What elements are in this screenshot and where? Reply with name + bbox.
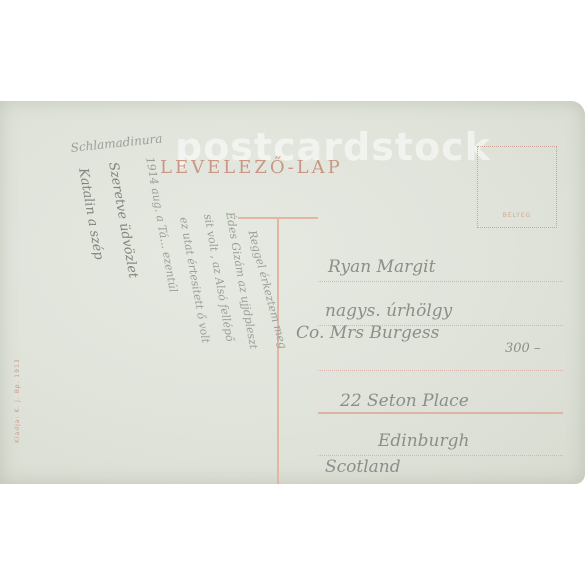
address-recipient: Ryan Margit xyxy=(328,257,435,277)
postcard-title: LEVELEZŐ-LAP xyxy=(160,157,343,178)
address-care-of: Co. Mrs Burgess xyxy=(296,323,439,343)
message-line: Katalin a szép xyxy=(75,167,106,261)
address-line xyxy=(318,412,563,414)
stamp-box-label: BÉLYEG xyxy=(478,212,556,219)
address-line xyxy=(318,281,563,282)
divider-vertical xyxy=(277,217,279,484)
address-title: nagys. úrhölgy xyxy=(325,301,452,321)
address-note: 300 – xyxy=(505,341,540,356)
address-country: Scotland xyxy=(325,457,401,477)
printer-imprint: Kiadja: K. J. Bp. 1913 xyxy=(14,358,21,443)
address-city: Edinburgh xyxy=(378,431,469,451)
stamp-box: BÉLYEG xyxy=(477,146,557,228)
address-line xyxy=(318,455,563,456)
message-top-line: Schlamadinura xyxy=(70,131,163,155)
address-line xyxy=(318,370,563,371)
message-line: Szeretve üdvözlet xyxy=(105,161,140,279)
address-street: 22 Seton Place xyxy=(340,391,469,411)
postcard-back: postcardstock LEVELEZŐ-LAP BÉLYEG Ryan M… xyxy=(0,101,585,484)
